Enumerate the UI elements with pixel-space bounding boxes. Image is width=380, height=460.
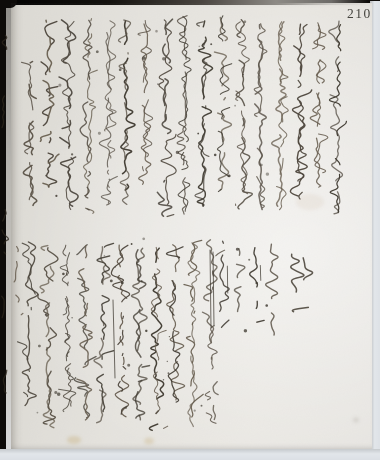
paper-stain	[67, 436, 81, 444]
paper-stain	[296, 194, 324, 210]
edge-fragments	[2, 36, 9, 394]
paper-stain	[144, 438, 154, 445]
handwriting-layer	[0, 0, 380, 460]
manuscript-scan: 210	[0, 0, 380, 460]
paper-stain	[353, 418, 359, 423]
folio-number: 210	[347, 6, 372, 22]
